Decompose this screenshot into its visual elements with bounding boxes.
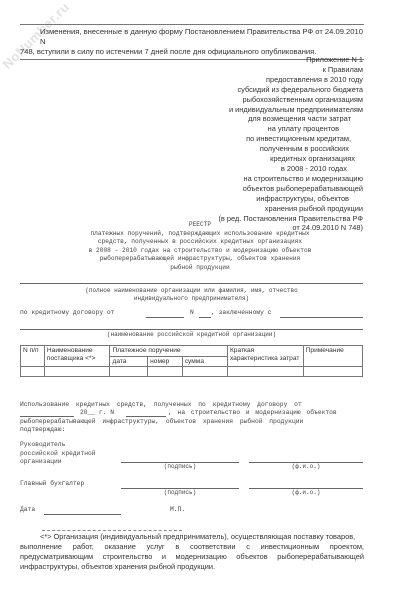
footnote-line-3: предусматривающим строительство и модерн… [20, 552, 364, 562]
contract-date-field[interactable] [146, 317, 184, 318]
registry-title-line: в 2008 - 2010 годах на строительство и м… [40, 247, 360, 256]
org-caption-line-1: (полное наименование организации или фам… [20, 287, 363, 295]
appendix-line: на строительство и модернизацию [143, 174, 363, 184]
appendix-line: предоставления в 2010 году [143, 75, 363, 85]
appendix-line: по инвестиционным кредитам, [143, 134, 363, 144]
registry-title-line: рыбной продукции [40, 264, 360, 273]
credit-contract-number-field[interactable] [126, 416, 166, 417]
appendix-line: Приложение N 1 [143, 55, 363, 65]
cell-date[interactable] [110, 367, 148, 377]
org-name-field[interactable] [20, 283, 363, 284]
appendix-header: Приложение N 1 к Правилам предоставления… [143, 55, 363, 233]
header-note: Примечание [303, 346, 362, 367]
contract-number-label: N [190, 309, 194, 318]
head-label-line-1: Руководитель [20, 441, 96, 450]
footnote: <*> Организация (индивидуальный предприн… [20, 532, 364, 572]
contract-concluded-label: , заключенному с [211, 309, 271, 318]
appendix-line: кредитных организациях [143, 154, 363, 164]
footnote-line-4: инфраструктуры, объектов хранения рыбной… [20, 562, 364, 572]
credit-contract-date-field[interactable] [20, 416, 74, 417]
head-signature-caption: (подпись) [121, 463, 239, 471]
header-number: номер [148, 356, 183, 367]
appendix-line: к Правилам [143, 65, 363, 75]
accountant-name-caption: (ф.и.о.) [249, 489, 363, 497]
table-row [21, 367, 363, 377]
org-caption-line-2: индивидуального предпринимателя) [20, 295, 363, 303]
bank-name-field-start[interactable] [280, 317, 363, 318]
bank-name-caption: (наименование российской кредитной орган… [20, 331, 363, 339]
cell-cost-description[interactable] [227, 367, 303, 377]
registry-heading: РЕЕСТР [40, 221, 360, 230]
appendix-line: хранения рыбной продукции [143, 204, 363, 214]
accountant-signature-caption: (подпись) [121, 489, 239, 497]
confirmation-line-4: подтверждаю: [20, 426, 65, 435]
confirmation-line-3: рыбоперерабатывающей инфраструктуры, объ… [20, 418, 363, 427]
bank-name-field[interactable] [20, 329, 363, 330]
registry-title: РЕЕСТР платежных поручений, подтверждающ… [40, 221, 360, 273]
footnote-line-1: <*> Организация (индивидуальный предприн… [20, 532, 364, 542]
contract-number-field[interactable] [199, 317, 211, 318]
date-field[interactable] [44, 514, 121, 515]
header-date: дата [110, 356, 148, 367]
header-supplier: Наименование поставщика <*> [44, 346, 110, 367]
appendix-line: на уплату процентов [143, 124, 363, 134]
header-num: N п/п [21, 346, 45, 367]
appendix-line: объектов рыбоперерабатывающей [143, 184, 363, 194]
contract-prefix: по кредитному договору от [20, 309, 114, 318]
cell-num[interactable] [21, 367, 45, 377]
header-payment-order: Платежное поручение [110, 346, 227, 357]
head-label: Руководитель российской кредитной органи… [20, 441, 96, 467]
cell-note[interactable] [303, 367, 362, 377]
registry-title-line: платежных поручений, подтверждающих испо… [40, 230, 360, 239]
appendix-line: для возмещения части затрат [143, 114, 363, 124]
registry-title-line: рыбоперерабатывающей инфраструктуры, объ… [40, 255, 360, 264]
cell-supplier[interactable] [44, 367, 110, 377]
header-sum: сумма [182, 356, 227, 367]
head-label-line-2: российской кредитной [20, 450, 96, 459]
appendix-line: рыбохозяйственным организациям [143, 95, 363, 105]
appendix-line: инфраструктуры, объектов [143, 194, 363, 204]
org-name-caption: (полное наименование организации или фам… [20, 287, 363, 304]
appendix-line: и индивидуальным предпринимателям [143, 105, 363, 115]
table-header-row: N п/п Наименование поставщика <*> Платеж… [21, 346, 363, 357]
appendix-line: в 2008 - 2010 годах [143, 164, 363, 174]
header-cost-description: Краткая характеристика затрат [227, 346, 303, 367]
head-label-line-3: организации [20, 458, 96, 467]
footnote-line-2: выполнение работ, оказание услуг в соотв… [20, 542, 364, 552]
stamp-label: М.П. [170, 506, 185, 515]
confirmation-line-2: , на строительство и модернизацию объект… [168, 409, 337, 418]
date-label: Дата [20, 506, 35, 515]
appendix-line: полученным в российских [143, 144, 363, 154]
footnote-separator [42, 530, 182, 531]
registry-table: N п/п Наименование поставщика <*> Платеж… [20, 345, 363, 377]
registry-title-line: средств, полученных в российских кредитн… [40, 238, 360, 247]
appendix-line: субсидий из федерального бюджета [143, 85, 363, 95]
cell-number[interactable] [148, 367, 183, 377]
cell-sum[interactable] [182, 367, 227, 377]
accountant-label: Главный бухгалтер [20, 480, 84, 489]
head-name-caption: (ф.и.о.) [249, 463, 363, 471]
notice-line-1: Изменения, внесенные в данную форму Пост… [20, 27, 364, 47]
confirmation-year: 20__ г. N [80, 409, 114, 418]
